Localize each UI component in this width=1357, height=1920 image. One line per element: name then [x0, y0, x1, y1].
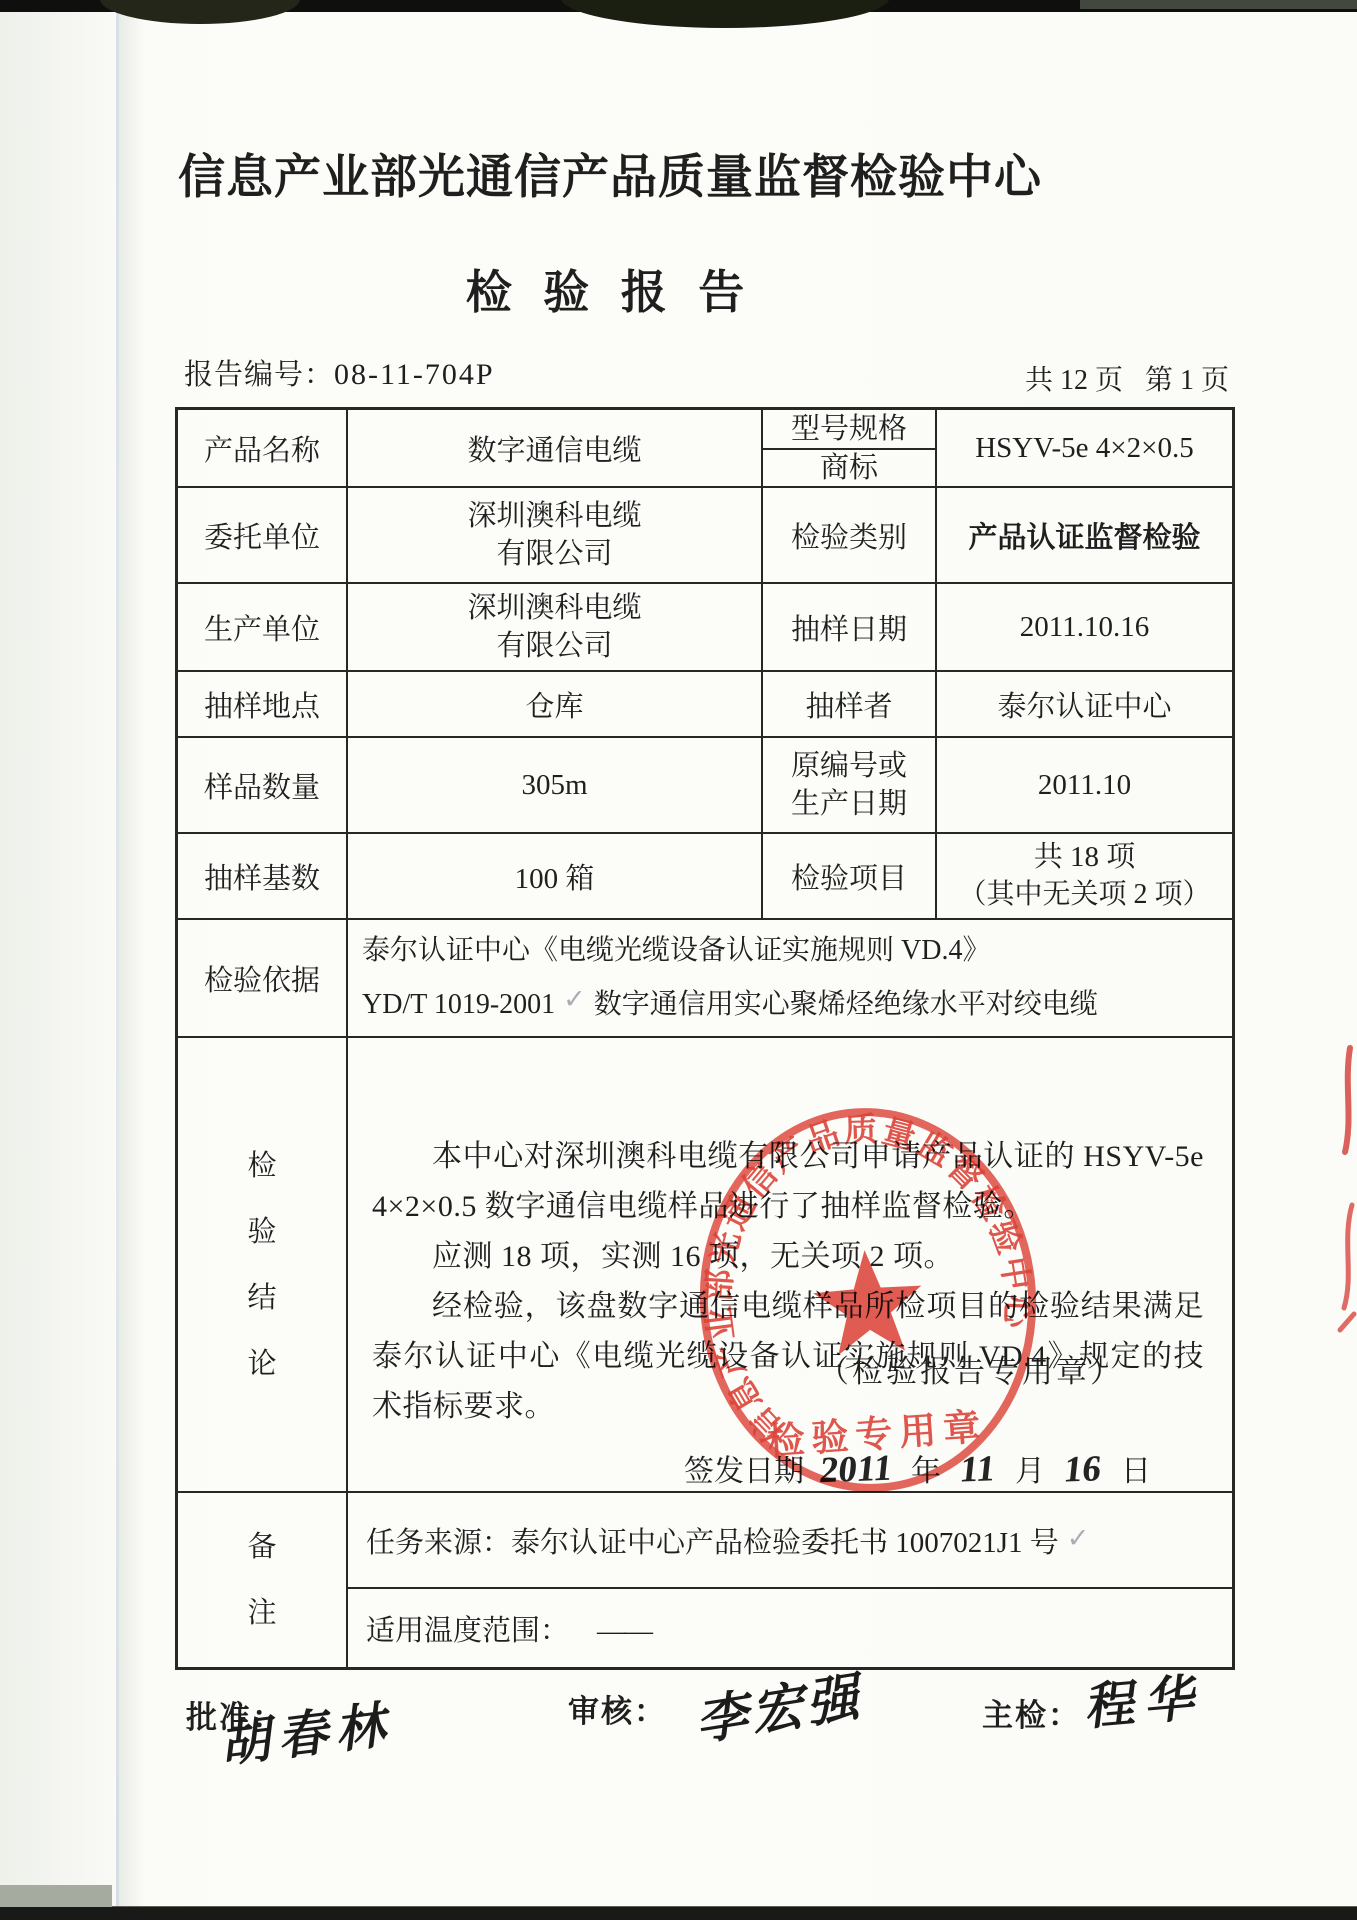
scanner-edge-bottom	[0, 1907, 1357, 1920]
official-seal-stamp: 信息产业部光通信产品质量监督检验中心 检验专用章	[683, 1095, 1053, 1505]
field-label-remarks: 备 注	[177, 1492, 347, 1668]
field-label-sample-quantity: 样品数量	[177, 737, 347, 833]
table-row: 产品名称 数字通信电缆 型号规格 商标 HSYV-5e 4×2×0.5	[177, 409, 1233, 487]
remarks-label-char: 备	[178, 1517, 346, 1577]
field-label-sampling-date: 抽样日期	[762, 583, 936, 671]
inspect-label: 主检：	[982, 1690, 1081, 1735]
scanner-edge-top-right	[1080, 0, 1357, 9]
client-name-line1: 深圳澳科电缆	[348, 497, 761, 535]
field-value-sampling-base: 100 箱	[347, 833, 762, 919]
field-label-original-number: 原编号或 生产日期	[762, 737, 936, 833]
table-row: 生产单位 深圳澳科电缆 有限公司 抽样日期 2011.10.16	[177, 583, 1233, 671]
conclusion-label-char: 论	[178, 1344, 346, 1384]
page-current: 第 1 页	[1145, 365, 1229, 396]
standard-title: 数字通信用实心聚烯烃绝缘水平对绞电缆	[594, 989, 1098, 1020]
scanner-shadow-blob	[560, 0, 890, 28]
field-label-model: 型号规格	[763, 410, 935, 450]
field-label-product-name: 产品名称	[177, 409, 347, 487]
field-label-manufacturer: 生产单位	[177, 583, 347, 671]
field-label-sampling-base: 抽样基数	[177, 833, 347, 919]
scanned-page: 信息产业部光通信产品质量监督检验中心 检 验 报 告 报告编号：08-11-70…	[0, 0, 1357, 1920]
field-label-client: 委托单位	[177, 487, 347, 583]
field-label-inspection-items: 检验项目	[762, 833, 936, 919]
field-value-inspection-basis: 泰尔认证中心《电缆光缆设备认证实施规则 VD.4》 YD/T 1019-2001…	[347, 919, 1233, 1037]
client-name-line2: 有限公司	[348, 535, 761, 573]
report-number-label: 报告编号：	[184, 359, 334, 391]
conclusion-label-char: 验	[178, 1212, 346, 1252]
organization-title: 信息产业部光通信产品质量监督检验中心	[150, 140, 1070, 207]
field-value-original-number: 2011.10	[936, 737, 1233, 833]
conclusion-label-char: 检	[178, 1146, 346, 1186]
report-number-value: 08-11-704P	[334, 358, 495, 391]
page-fold-shadow	[119, 12, 145, 1908]
field-value-sampler: 泰尔认证中心	[936, 671, 1233, 737]
inspection-basis-line2: YD/T 1019-2001✓数字通信用实心聚烯烃绝缘水平对绞电缆	[348, 978, 1232, 1032]
original-number-label-line1: 原编号或	[763, 747, 935, 785]
pages-total: 共 12 页	[1025, 365, 1123, 396]
field-label-inspection-type: 检验类别	[762, 487, 936, 583]
handwritten-day: 16	[1062, 1447, 1104, 1491]
table-row: 抽样地点 仓库 抽样者 泰尔认证中心	[177, 671, 1233, 737]
remarks-temperature-range: 适用温度范围：——	[347, 1588, 1233, 1668]
table-row: 备 注 任务来源：泰尔认证中心产品检验委托书 1007021J1 号✓	[177, 1492, 1233, 1588]
table-row: 委托单位 深圳澳科电缆 有限公司 检验类别 产品认证监督检验	[177, 487, 1233, 583]
report-title: 检 验 报 告	[150, 256, 1070, 322]
temperature-range-value: ——	[597, 1615, 651, 1647]
field-label-inspection-basis: 检验依据	[177, 919, 347, 1037]
report-number-line: 报告编号：08-11-704P	[184, 352, 495, 393]
remarks-label-char: 注	[178, 1583, 346, 1643]
inspect-signature: 程华	[1084, 1656, 1213, 1740]
remarks-task-source: 任务来源：泰尔认证中心产品检验委托书 1007021J1 号✓	[347, 1492, 1233, 1588]
field-value-product-name: 数字通信电缆	[347, 409, 762, 487]
inspection-items-count: 共 18 项	[937, 838, 1232, 876]
field-value-sampling-place: 仓库	[347, 671, 762, 737]
field-value-sampling-date: 2011.10.16	[936, 583, 1233, 671]
manufacturer-name-line1: 深圳澳科电缆	[348, 589, 761, 627]
seal-star-icon	[810, 1246, 925, 1356]
field-label-sampling-place: 抽样地点	[177, 671, 347, 737]
inspection-basis-line1: 泰尔认证中心《电缆光缆设备认证实施规则 VD.4》	[348, 924, 1232, 978]
table-row: 检验依据 泰尔认证中心《电缆光缆设备认证实施规则 VD.4》 YD/T 1019…	[177, 919, 1233, 1037]
table-row: 样品数量 305m 原编号或 生产日期 2011.10	[177, 737, 1233, 833]
field-value-sample-quantity: 305m	[347, 737, 762, 833]
table-row: 抽样基数 100 箱 检验项目 共 18 项 （其中无关项 2 项）	[177, 833, 1233, 919]
field-value-client: 深圳澳科电缆 有限公司	[347, 487, 762, 583]
conclusion-label-char: 结	[178, 1278, 346, 1318]
field-label-model-trademark: 型号规格 商标	[762, 409, 936, 487]
field-value-model: HSYV-5e 4×2×0.5	[936, 409, 1233, 487]
manufacturer-name-line2: 有限公司	[348, 627, 761, 665]
field-value-manufacturer: 深圳澳科电缆 有限公司	[347, 583, 762, 671]
red-margin-mark	[1330, 1040, 1357, 1370]
temperature-range-label: 适用温度范围：	[366, 1615, 569, 1647]
task-source-text: 任务来源：泰尔认证中心产品检验委托书 1007021J1 号	[366, 1527, 1059, 1559]
original-number-label-line2: 生产日期	[763, 785, 935, 823]
field-label-conclusion: 检 验 结 论	[177, 1037, 347, 1492]
field-value-inspection-items: 共 18 项 （其中无关项 2 项）	[936, 833, 1233, 919]
seal-bottom-text: 检验专用章	[766, 1405, 988, 1463]
review-label: 审核：	[568, 1686, 667, 1731]
inspection-items-note: （其中无关项 2 项）	[937, 876, 1232, 914]
field-value-inspection-type: 产品认证监督检验	[936, 487, 1233, 583]
pencil-check-icon: ✓	[1067, 1523, 1090, 1554]
pencil-check-icon: ✓	[563, 984, 586, 1015]
day-unit: 日	[1121, 1455, 1151, 1488]
standard-code: YD/T 1019-2001	[362, 989, 555, 1020]
pagination: 共 12 页第 1 页	[1003, 358, 1229, 398]
field-label-trademark: 商标	[763, 450, 935, 486]
field-label-sampler: 抽样者	[762, 671, 936, 737]
